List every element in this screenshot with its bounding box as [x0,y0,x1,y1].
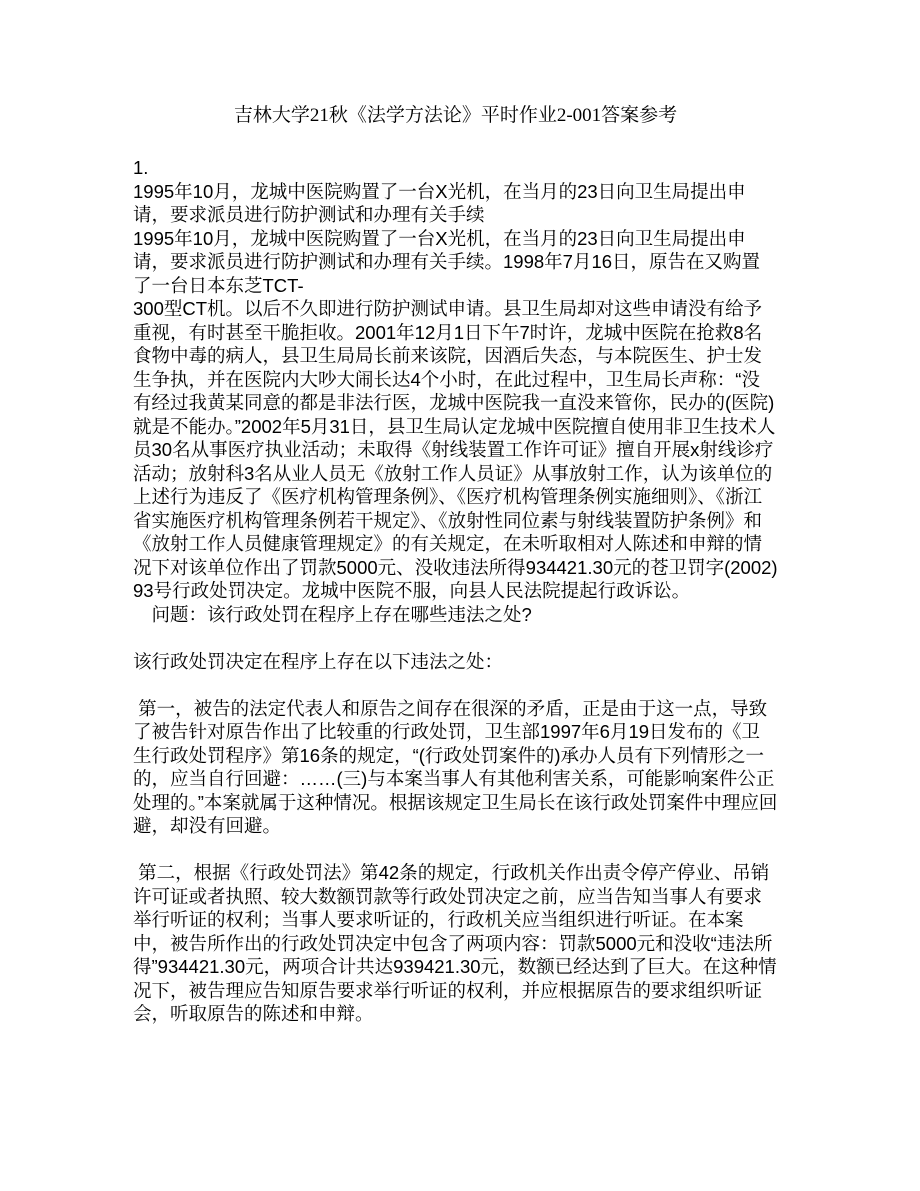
answer-point-first: 第一，被告的法定代表人和原告之间存在很深的矛盾，正是由于这一点，导致了被告针对原… [133,697,778,838]
case-paragraph-intro: 1995年10月，龙城中医院购置了一台X光机，在当月的23日向卫生局提出申请，要… [133,180,778,227]
case-body-segment-2: 300型CT机。以后不久即进行防护测试申请。县卫生局却对这些申请没有给予重视，有… [133,298,778,601]
question-number: 1. [133,156,778,180]
case-paragraph-body: 1995年10月，龙城中医院购置了一台X光机，在当月的23日向卫生局提出申请，要… [133,227,778,603]
case-body-segment-1: 1995年10月，龙城中医院购置了一台X光机，在当月的23日向卫生局提出申请，要… [133,228,760,296]
document-page: 吉林大学21秋《法学方法论》平时作业2-001答案参考 1. 1995年10月，… [0,0,920,1191]
answer-intro: 该行政处罚决定在程序上存在以下违法之处： [133,650,778,674]
answer-point-second: 第二，根据《行政处罚法》第42条的规定，行政机关作出责令停产停业、吊销许可证或者… [133,861,778,1026]
document-title: 吉林大学21秋《法学方法论》平时作业2-001答案参考 [133,103,778,129]
question-line: 问题：该行政处罚在程序上存在哪些违法之处? [133,603,778,627]
